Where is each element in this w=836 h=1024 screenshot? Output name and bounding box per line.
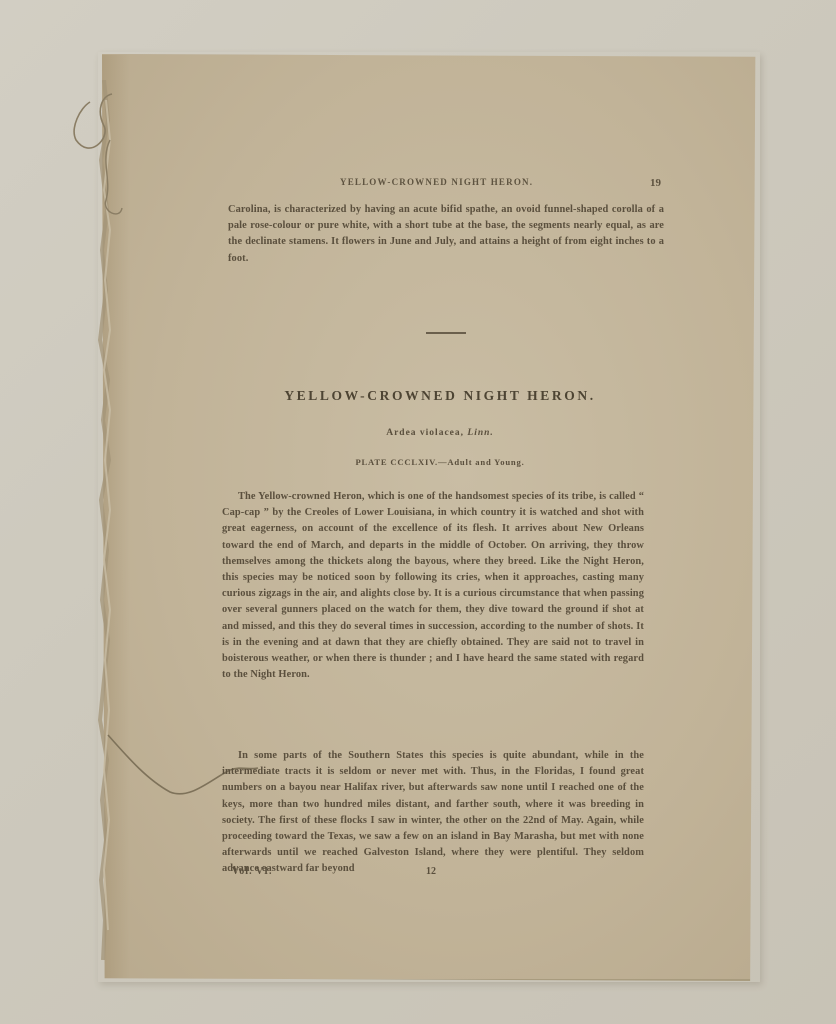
footer-signature: 12 [426, 866, 436, 877]
running-head: YELLOW-CROWNED NIGHT HERON. [340, 177, 533, 187]
latin-name: Ardea violacea, Linn. [240, 428, 640, 438]
intro-paragraph: Carolina, is characterized by having an … [228, 202, 664, 267]
footer-volume: Vol. VI. [232, 866, 273, 877]
torn-edge-icon [92, 80, 122, 960]
latin-authority: Linn. [467, 428, 493, 438]
body-paragraph: The Yellow-crowned Heron, which is one o… [222, 489, 644, 683]
section-divider [426, 332, 466, 334]
body-paragraph: In some parts of the Southern States thi… [222, 748, 644, 878]
page-number: 19 [650, 177, 661, 189]
plate-caption: PLATE CCCLXIV.—Adult and Young. [240, 457, 640, 467]
section-title: YELLOW-CROWNED NIGHT HERON. [240, 388, 640, 404]
latin-binomial: Ardea violacea, [386, 428, 464, 438]
